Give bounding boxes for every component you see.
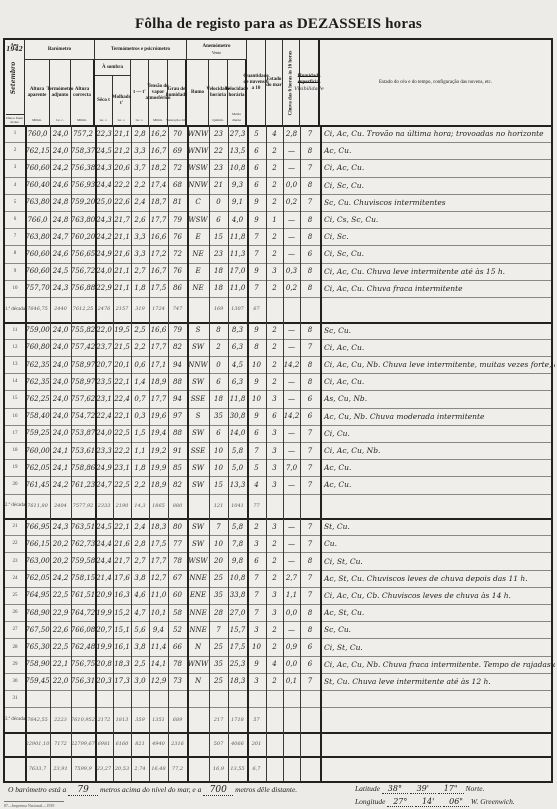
cell-pc: 756,88 bbox=[71, 280, 95, 297]
summary-row: 7633,723,917599,923,2720,532,7416,4877,2… bbox=[5, 756, 551, 783]
cell-v: 21 bbox=[209, 177, 228, 194]
cell-pc: 753,87 bbox=[71, 425, 95, 442]
cell-tb: 24,0 bbox=[50, 390, 71, 407]
thermo-dry: Sêco tGr. c. bbox=[95, 76, 113, 125]
cell-h: 97 bbox=[168, 408, 187, 425]
cell-r: — bbox=[283, 553, 300, 570]
cell-p: 761,45 bbox=[25, 476, 50, 493]
cell-t: 24,2 bbox=[95, 228, 113, 245]
cell-vis: 7 bbox=[300, 459, 320, 476]
cell-v: 0 bbox=[209, 194, 228, 211]
cell-s: 2 bbox=[266, 553, 283, 570]
cell-pc: 7610,952 bbox=[71, 707, 95, 732]
register-sheet: Ano 1942 Setembro Dias e fases da lua Ba… bbox=[3, 38, 553, 783]
cell-vm: 9,3 bbox=[228, 177, 247, 194]
cell-day: 23 bbox=[5, 553, 25, 570]
cell-pc: 756,75 bbox=[71, 656, 95, 673]
cell-t: 23,1 bbox=[95, 390, 113, 407]
cell-day: 14 bbox=[5, 373, 25, 390]
cell-pc: 761,51 bbox=[71, 587, 95, 604]
cell-h: 76 bbox=[168, 263, 187, 280]
cell-t: 19,9 bbox=[95, 638, 113, 655]
cell-dir: SW bbox=[187, 425, 209, 442]
cell-p: 759,45 bbox=[25, 673, 50, 690]
cell-day: 18 bbox=[5, 442, 25, 459]
table-row: 29758,9022,1756,7520,818,32,514,178WNW35… bbox=[5, 656, 551, 674]
cell-vis: 8 bbox=[300, 553, 320, 570]
cell-vm: 17,5 bbox=[228, 638, 247, 655]
cell-c: 3 bbox=[247, 535, 266, 552]
cell-r: 0,3 bbox=[283, 263, 300, 280]
cell-tb: 24,0 bbox=[50, 356, 71, 373]
cell-s: 3 bbox=[266, 459, 283, 476]
cell-d: 3,8 bbox=[131, 638, 149, 655]
cell-d: 3,8 bbox=[131, 570, 149, 587]
cell-e: 10,1 bbox=[149, 604, 168, 621]
cell-c: 7 bbox=[247, 280, 266, 297]
cell-c: 6 bbox=[247, 177, 266, 194]
cell-h: 52 bbox=[168, 621, 187, 638]
cell-s: 3 bbox=[266, 425, 283, 442]
cell-r: — bbox=[283, 373, 300, 390]
cell-h: 68 bbox=[168, 177, 187, 194]
cell-vis: 8 bbox=[300, 228, 320, 245]
cell-r bbox=[283, 732, 300, 757]
cell-day: 4 bbox=[5, 177, 25, 194]
cell-tw: 21,2 bbox=[113, 142, 131, 159]
cell-pc: 763,51 bbox=[71, 518, 95, 535]
cell-r: 0,2 bbox=[283, 194, 300, 211]
cell-v: 0 bbox=[209, 356, 228, 373]
cell-r: 0,1 bbox=[283, 673, 300, 690]
cell-e: 16,6 bbox=[149, 228, 168, 245]
cell-tb: 7172 bbox=[50, 732, 71, 757]
cell-r: — bbox=[283, 228, 300, 245]
cell-t: 25,0 bbox=[95, 194, 113, 211]
cell-c: 5 bbox=[247, 125, 266, 142]
cell-t: 24,4 bbox=[95, 535, 113, 552]
cell-obs: Sc, Cu. bbox=[320, 322, 555, 339]
cell-dir: WNW bbox=[187, 142, 209, 159]
cell-vis: 7 bbox=[300, 425, 320, 442]
cell-vm: 11,8 bbox=[228, 228, 247, 245]
cell-day: 28 bbox=[5, 638, 25, 655]
cell-d: 0,7 bbox=[131, 390, 149, 407]
cell-e: 17,7 bbox=[149, 553, 168, 570]
cell-obs: Ci, Cu. bbox=[320, 425, 555, 442]
cell-t: 20,9 bbox=[95, 587, 113, 604]
cell-c: 9 bbox=[247, 194, 266, 211]
cell-c: 9 bbox=[247, 656, 266, 673]
table-row: 10757,7024,3756,8822,921,11,817,586NE181… bbox=[5, 280, 551, 298]
cell-obs: Ci, Ac, Cu. bbox=[320, 373, 555, 390]
cell-day: 13 bbox=[5, 356, 25, 373]
cell-day: 15 bbox=[5, 390, 25, 407]
cell-c: 9 bbox=[247, 211, 266, 228]
column-divider bbox=[283, 125, 284, 781]
cell-h: 2316 bbox=[168, 732, 187, 757]
cell-r: 0,0 bbox=[283, 656, 300, 673]
cell-c: 6 bbox=[247, 142, 266, 159]
cell-e: 19,4 bbox=[149, 425, 168, 442]
cell-vm: 14,0 bbox=[228, 425, 247, 442]
cell-r bbox=[283, 756, 300, 781]
cell-dir: S bbox=[187, 322, 209, 339]
cell-dir: E bbox=[187, 228, 209, 245]
cell-r: 2,7 bbox=[283, 570, 300, 587]
table-row: 5763,8024,8759,2025,022,62,418,781C09,19… bbox=[5, 194, 551, 212]
cell-vm: 1041 bbox=[228, 494, 247, 519]
cell-tw: 2157 bbox=[113, 297, 131, 322]
cell-dir: WSW bbox=[187, 553, 209, 570]
cell-obs: Sc, Cu. Chuviscos intermitentes bbox=[320, 194, 555, 211]
column-divider bbox=[168, 125, 169, 781]
cell-h: 66 bbox=[168, 638, 187, 655]
cell-c: 9 bbox=[247, 322, 266, 339]
cell-day: 7 bbox=[5, 228, 25, 245]
cell-pc: 754,72 bbox=[71, 408, 95, 425]
cell-pc: 757,62 bbox=[71, 390, 95, 407]
page-title: Fôlha de registo para as DEZASSEIS horas bbox=[0, 16, 557, 33]
cell-h: 94 bbox=[168, 390, 187, 407]
cell-c: 3 bbox=[247, 673, 266, 690]
cell-p: 760,0 bbox=[25, 125, 50, 142]
cell-pc: 756,93 bbox=[71, 177, 95, 194]
cell-day: 31 bbox=[5, 690, 25, 707]
cell-r: — bbox=[283, 518, 300, 535]
cell-v: 10 bbox=[209, 459, 228, 476]
year-month-header: Ano 1942 Setembro Dias e fases da lua bbox=[5, 40, 25, 125]
cell-day: 9 bbox=[5, 263, 25, 280]
cell-v: 22 bbox=[209, 142, 228, 159]
cell-p: 766,15 bbox=[25, 535, 50, 552]
table-row: 15762,2524,0757,6223,122,40,717,794SSE18… bbox=[5, 390, 551, 408]
cell-h: 94 bbox=[168, 356, 187, 373]
cloud-amount-header: Quantidade de nuvens 0 a 10 bbox=[247, 40, 266, 125]
cell-c: 6 bbox=[247, 425, 266, 442]
cell-tw: 23,1 bbox=[113, 459, 131, 476]
cell-s: 3 bbox=[266, 390, 283, 407]
cell-day: 2 bbox=[5, 142, 25, 159]
cell-c: 7 bbox=[247, 228, 266, 245]
table-row: 23763,0020,2759,5824,421,72,717,778WSW20… bbox=[5, 553, 551, 571]
cell-vis: 7 bbox=[300, 125, 320, 142]
cell-v: 25 bbox=[209, 570, 228, 587]
cell-dir bbox=[187, 494, 209, 519]
cell-v: 15 bbox=[209, 228, 228, 245]
cell-h: 88 bbox=[168, 373, 187, 390]
cell-e: 19,9 bbox=[149, 459, 168, 476]
cell-obs: Ci, Cs, Sc, Cu. bbox=[320, 211, 555, 228]
cell-dir: NNW bbox=[187, 177, 209, 194]
cell-pc: 764,72 bbox=[71, 604, 95, 621]
cell-day: 27 bbox=[5, 621, 25, 638]
cell-v: 23 bbox=[209, 159, 228, 176]
cell-tw: 20,6 bbox=[113, 159, 131, 176]
cell-v: 25 bbox=[209, 673, 228, 690]
table-row: 20761,4524,2761,2324,722,52,218,982SW151… bbox=[5, 476, 551, 494]
cell-t: 21,4 bbox=[95, 570, 113, 587]
cell-s: 2 bbox=[266, 194, 283, 211]
cell-tb bbox=[50, 690, 71, 707]
cell-c: 10 bbox=[247, 356, 266, 373]
cell-dir: ENE bbox=[187, 587, 209, 604]
cell-s bbox=[266, 732, 283, 757]
cell-vm: 11,0 bbox=[228, 280, 247, 297]
cell-obs: Ac, Cu, Nb. Chuva moderada intermitente bbox=[320, 408, 555, 425]
cell-pc: 756,31 bbox=[71, 673, 95, 690]
cell-day: 17 bbox=[5, 425, 25, 442]
column-divider bbox=[113, 125, 114, 781]
cell-tw: 22,5 bbox=[113, 425, 131, 442]
cell-d: 2,4 bbox=[131, 194, 149, 211]
latitude: Latitude 38° 39' 17" Norte. bbox=[355, 784, 484, 794]
cell-c: 9 bbox=[247, 408, 266, 425]
cell-v: 217 bbox=[209, 707, 228, 732]
cell-p: 762,15 bbox=[25, 142, 50, 159]
cell-vm: 25,3 bbox=[228, 656, 247, 673]
cell-e: 1865 bbox=[149, 494, 168, 519]
cell-tb: 24,1 bbox=[50, 442, 71, 459]
cell-d: 2,7 bbox=[131, 553, 149, 570]
cell-day: 30 bbox=[5, 673, 25, 690]
cell-tw: 17,3 bbox=[113, 673, 131, 690]
cell-tb: 24,0 bbox=[50, 339, 71, 356]
cell-p: 762,35 bbox=[25, 356, 50, 373]
cell-h: 81 bbox=[168, 194, 187, 211]
cell-tb: 2440 bbox=[50, 297, 71, 322]
cell-obs: Ac, St, Cu. bbox=[320, 604, 555, 621]
cell-v: 35 bbox=[209, 656, 228, 673]
cell-tb: 24,5 bbox=[50, 263, 71, 280]
cell-s: 2 bbox=[266, 621, 283, 638]
cell-d: 0,3 bbox=[131, 408, 149, 425]
cell-dir bbox=[187, 756, 209, 781]
cell-h: 747 bbox=[168, 297, 187, 322]
cell-c: 67 bbox=[247, 297, 266, 322]
cell-tb: 24,0 bbox=[50, 373, 71, 390]
cell-dir: SSE bbox=[187, 442, 209, 459]
cell-v: 18 bbox=[209, 263, 228, 280]
cell-s bbox=[266, 494, 283, 519]
cell-pc: 756,38 bbox=[71, 159, 95, 176]
cell-t: 23,3 bbox=[95, 442, 113, 459]
table-row: 30759,4522,0756,3120,317,33,012,973N2518… bbox=[5, 673, 551, 691]
thermo-wet: Molhado t'Gr. c. bbox=[113, 76, 131, 125]
cell-obs bbox=[320, 707, 555, 732]
cell-h: 72 bbox=[168, 159, 187, 176]
cell-c: 77 bbox=[247, 494, 266, 519]
cell-t: 24,4 bbox=[95, 553, 113, 570]
cell-obs: St, Cu. Chuva leve intermitente até às 1… bbox=[320, 673, 555, 690]
cell-obs: Cu. bbox=[320, 535, 555, 552]
cell-dir: NE bbox=[187, 245, 209, 262]
sea-state-header: Estado do mar bbox=[266, 40, 283, 125]
cell-tw: 21,6 bbox=[113, 245, 131, 262]
barometer-group: Barómetro bbox=[25, 40, 95, 60]
cell-s: 6 bbox=[266, 408, 283, 425]
table-row: 4760,4024,6756,9324,422,22,217,468NNW219… bbox=[5, 177, 551, 195]
cell-tb: 24,3 bbox=[50, 280, 71, 297]
cell-s: 2 bbox=[266, 339, 283, 356]
cell-t: 20,3 bbox=[95, 673, 113, 690]
cell-p: 7642,55 bbox=[25, 707, 50, 732]
cell-obs: Ci, Ac, Cu, Nb. bbox=[320, 442, 555, 459]
cell-pc bbox=[71, 690, 95, 707]
cell-p: 765,30 bbox=[25, 638, 50, 655]
cell-c: 7 bbox=[247, 587, 266, 604]
cell-obs: Ci, St, Cu. bbox=[320, 638, 555, 655]
summary-row: 2.ª década7611,8024047577,922333219014,3… bbox=[5, 494, 551, 521]
table-row: 28765,3022,5762,4819,916,13,811,466N2517… bbox=[5, 638, 551, 656]
cell-r: — bbox=[283, 390, 300, 407]
cell-obs bbox=[320, 690, 555, 707]
cell-obs bbox=[320, 732, 555, 757]
cell-vis bbox=[300, 690, 320, 707]
cell-v: 18 bbox=[209, 280, 228, 297]
cell-vis: 8 bbox=[300, 322, 320, 339]
shade-group: À sombra bbox=[95, 60, 131, 76]
cell-vm: 13,5 bbox=[228, 142, 247, 159]
cell-v: 35 bbox=[209, 408, 228, 425]
cell-e: 16,6 bbox=[149, 322, 168, 339]
cell-r: — bbox=[283, 476, 300, 493]
cell-tw: 21,5 bbox=[113, 339, 131, 356]
table-row: 21766,9524,3763,5124,522,12,418,380SW75,… bbox=[5, 518, 551, 536]
cell-e: 17,5 bbox=[149, 535, 168, 552]
cell-v: 23 bbox=[209, 125, 228, 142]
cell-obs: Ci, Ac, Cu. bbox=[320, 339, 555, 356]
cell-vm: 1718 bbox=[228, 707, 247, 732]
cell-tw: 2190 bbox=[113, 494, 131, 519]
cell-vis: 6 bbox=[300, 656, 320, 673]
cell-t: 24,9 bbox=[95, 245, 113, 262]
cell-v: 121 bbox=[209, 494, 228, 519]
cell-e: 1724 bbox=[149, 297, 168, 322]
cell-tb: 24,0 bbox=[50, 425, 71, 442]
cell-v: 2 bbox=[209, 339, 228, 356]
cell-s: 2 bbox=[266, 159, 283, 176]
column-divider bbox=[25, 125, 27, 781]
cell-c: 4 bbox=[247, 476, 266, 493]
cell-dir: C bbox=[187, 194, 209, 211]
cell-vis: 6 bbox=[300, 390, 320, 407]
cell-h: 60 bbox=[168, 587, 187, 604]
cell-tb: 22,1 bbox=[50, 656, 71, 673]
cell-day bbox=[5, 756, 25, 781]
summary-row: 22901,10717222799,6769816160821494023165… bbox=[5, 732, 551, 759]
cell-p: 762,05 bbox=[25, 459, 50, 476]
cell-obs: Ac, Cu. bbox=[320, 142, 555, 159]
cell-p: 759,00 bbox=[25, 322, 50, 339]
cell-r bbox=[283, 707, 300, 732]
cell-day: 22 bbox=[5, 535, 25, 552]
cell-d: 2,6 bbox=[131, 211, 149, 228]
column-divider bbox=[95, 125, 97, 781]
cell-tw: 18,3 bbox=[113, 656, 131, 673]
cell-p bbox=[25, 690, 50, 707]
cell-t: 24,0 bbox=[95, 425, 113, 442]
cell-tb: 22,0 bbox=[50, 673, 71, 690]
table-row: 11759,0024,0755,8222,019,52,516,679S88,3… bbox=[5, 322, 551, 340]
cell-d: 2,8 bbox=[131, 535, 149, 552]
cell-v: 35 bbox=[209, 587, 228, 604]
cell-obs: Ci, Sc. bbox=[320, 228, 555, 245]
longitude: Longitude 27° 14' 06" W. Greenwich. bbox=[355, 797, 515, 807]
cell-obs: Ci, Ac, Cu, Nb. Chuva leve intermitente,… bbox=[320, 356, 555, 373]
cell-pc: 758,97 bbox=[71, 356, 95, 373]
cell-obs: Ci, Sc, Cu. bbox=[320, 245, 555, 262]
barometer-height: 79 bbox=[68, 785, 98, 796]
cell-vis: 8 bbox=[300, 373, 320, 390]
cell-t: 2172 bbox=[95, 707, 113, 732]
cell-v: 6 bbox=[209, 373, 228, 390]
cell-vm: 15,7 bbox=[228, 621, 247, 638]
cell-tb: 22,5 bbox=[50, 638, 71, 655]
cell-day: 24 bbox=[5, 570, 25, 587]
cell-pc: 7612,25 bbox=[71, 297, 95, 322]
cell-h bbox=[168, 690, 187, 707]
cell-tw: 21,7 bbox=[113, 553, 131, 570]
cell-dir: NE bbox=[187, 280, 209, 297]
cell-p: 7633,7 bbox=[25, 756, 50, 781]
cell-d: 4,6 bbox=[131, 587, 149, 604]
cell-vis bbox=[300, 756, 320, 781]
cell-vis bbox=[300, 297, 320, 322]
cell-t: 24,7 bbox=[95, 476, 113, 493]
cell-vis bbox=[300, 707, 320, 732]
cell-r: 1,1 bbox=[283, 587, 300, 604]
cell-p: 760,60 bbox=[25, 159, 50, 176]
cell-p: 22901,10 bbox=[25, 732, 50, 757]
cell-vis: 7 bbox=[300, 476, 320, 493]
cell-s: 2 bbox=[266, 280, 283, 297]
cell-c: 57 bbox=[247, 707, 266, 732]
cell-v: 7 bbox=[209, 621, 228, 638]
cell-d: 359 bbox=[131, 707, 149, 732]
cell-e: 12,7 bbox=[149, 570, 168, 587]
cell-t: 24,4 bbox=[95, 177, 113, 194]
cell-dir: N bbox=[187, 638, 209, 655]
cell-r: — bbox=[283, 339, 300, 356]
cell-t: 23,7 bbox=[95, 339, 113, 356]
cell-v: 6 bbox=[209, 211, 228, 228]
cell-t: 22,0 bbox=[95, 322, 113, 339]
cell-s: 2 bbox=[266, 142, 283, 159]
cell-vm: 18,3 bbox=[228, 673, 247, 690]
cell-vis: 8 bbox=[300, 621, 320, 638]
cell-pc: 758,86 bbox=[71, 459, 95, 476]
table-row: 19762,0524,1758,8624,923,11,819,985SW105… bbox=[5, 459, 551, 477]
cell-vis: 7 bbox=[300, 339, 320, 356]
cell-tb: 24,0 bbox=[50, 125, 71, 142]
cell-t: 24,5 bbox=[95, 142, 113, 159]
cell-e: 18,3 bbox=[149, 518, 168, 535]
cell-t: 2476 bbox=[95, 297, 113, 322]
cell-p: 760,80 bbox=[25, 339, 50, 356]
cell-vis: 7 bbox=[300, 518, 320, 535]
cell-tw: 22,1 bbox=[113, 518, 131, 535]
cell-d: 1,8 bbox=[131, 280, 149, 297]
cell-obs: As, Cu, Nb. bbox=[320, 390, 555, 407]
cell-p: 758,90 bbox=[25, 656, 50, 673]
cell-s: 2 bbox=[266, 356, 283, 373]
cell-vm: 6,3 bbox=[228, 339, 247, 356]
cell-vm: 8,3 bbox=[228, 322, 247, 339]
cell-v: 7 bbox=[209, 518, 228, 535]
cell-tw: 1813 bbox=[113, 707, 131, 732]
cell-pc: 22799,67 bbox=[71, 732, 95, 757]
